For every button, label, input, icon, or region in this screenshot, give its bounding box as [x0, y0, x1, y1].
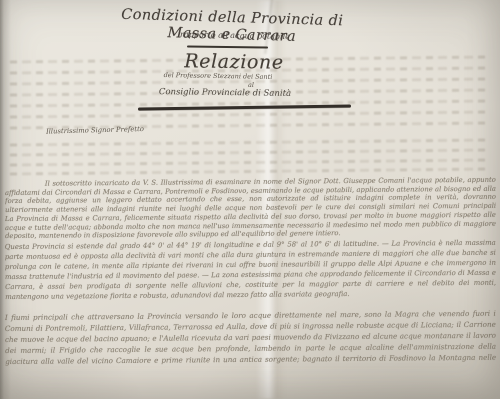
body-paragraph-4: I fiumi principali che attraversano la P…	[5, 308, 496, 369]
manuscript-body: Il sottoscritto incaricato da V. S. Illu…	[5, 180, 496, 369]
body-paragraph-1: Il sottoscritto incaricato da V. S. Illu…	[5, 176, 496, 215]
manuscript-photo: Condizioni della Provincia di Massa e Ca…	[0, 0, 500, 399]
body-paragraph-3: Questa Provincia si estende dal grado 44…	[5, 238, 497, 312]
body-paragraph-2: La Provincia di Massa e Carrara, felicem…	[5, 211, 496, 242]
